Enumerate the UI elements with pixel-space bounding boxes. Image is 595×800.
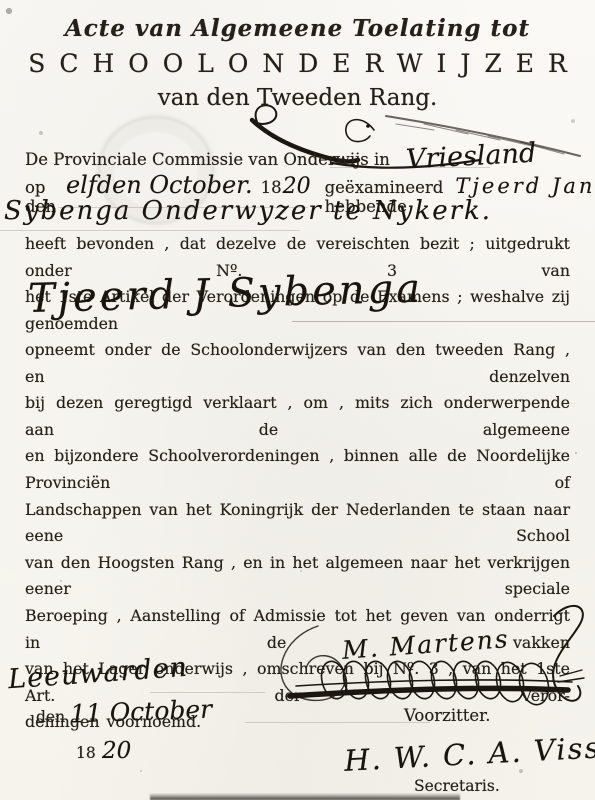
handwritten-candidate-line: Sybenga Onderwyzer te Nykerk. [4,196,492,226]
body-line: van den Hoogsten Rang , en in het algeme… [25,550,570,603]
name-baseline-rule [292,321,595,322]
printed-den: den [36,708,65,726]
body-line: opneemt onder de Schoolonderwijzers van … [25,337,570,390]
document-title-line2: SCHOOLONDERWIJZER [0,49,595,78]
fill-in-rule [58,207,308,208]
handwritten-day-month: 11 October [70,695,213,729]
printed-year-prefix: 18 [261,178,282,197]
printed-year-prefix-bottom: 18 [76,744,96,762]
fill-in-rule [150,692,265,693]
handwritten-year-suffix-bottom: 20 [102,738,131,764]
handwritten-province: Vriesland [405,138,537,176]
scan-edge-shadow [150,793,460,800]
fill-in-rule [330,167,490,168]
document-title-line1: Acte van Algemeene Toelating tot [0,15,595,42]
certificate-document: Acte van Algemeene Toelating tot SCHOOLO… [0,0,595,800]
handwritten-exam-date: elfden October. [66,171,253,199]
paper-specks [0,0,2,2]
chairman-role-label: Voorzitter. [404,706,490,725]
fill-in-rule [245,722,430,723]
body-line: en bijzondere Schoolverordeningen , binn… [25,443,570,496]
body-line: bij dezen geregtigd verklaart , om , mit… [25,390,570,443]
handwritten-candidate-firstnames: Tjeerd Jans [455,174,595,198]
intro-line-1: De Provinciale Commissie van Onderwijs i… [25,141,593,172]
body-line: Landschappen van het Koningrijk der Nede… [25,497,570,550]
